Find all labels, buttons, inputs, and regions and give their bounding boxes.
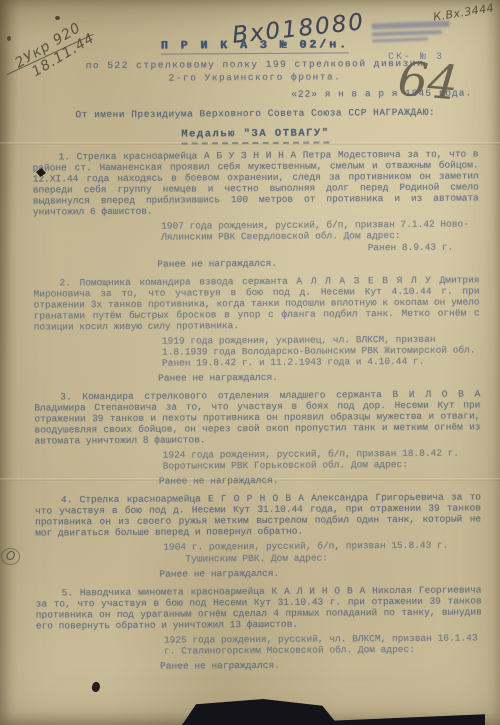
entry-prior-awards: Ранее не награждался. [158,370,480,383]
scanned-order-page: 2Укр 920 18.11.44 Вх018080 К.Вх.3444 СК-… [0,0,500,725]
order-front-line: 2-го Украинского фронта. [32,70,478,84]
entry-service-record: Тушинским РВК. Дом адрес: [185,551,481,564]
torn-edge-bottom-right [330,713,485,725]
award-entry: 5. Наводчика миномета красноармейца К А … [36,584,483,672]
order-date: «22» я н в а р я 1945 года. [32,87,472,101]
stamp-blurred-line [372,21,450,30]
award-entry: 2. Помощника командира взвода сержанта А… [33,274,480,384]
entry-citation: 2. Помощника командира взвода сержанта А… [33,274,479,332]
entry-prior-awards: Ранее не награждался. [159,566,481,579]
margin-mark-pencil: О [1,548,20,565]
order-preamble: От имени Президиума Верховного Совета Со… [32,106,478,120]
award-medal-text: Медалью "ЗА ОТВАГУ" [181,127,329,144]
entry-citation: 5. Наводчика миномета красноармейца К А … [36,584,482,631]
paper-hole [91,681,102,693]
stamp-blurred-line [372,30,442,36]
entry-service-record: 1919 года рождения, украинец, чл. ВЛКСМ,… [162,333,480,368]
entry-service-record: 1907 года рождения, русский, б/п, призва… [161,218,479,242]
order-title: П Р И К А З № 02/н. [32,38,478,52]
award-medal-line: Медалью "ЗА ОТВАГУ" [32,127,478,141]
award-entry: 4. Стрелка красноармейца Е Г О Р Н О В А… [35,491,482,580]
entry-prior-awards: Ранее не награждался. [159,473,481,486]
award-entry: 1. Стрелка красноармейца А Б У З Н И Н А… [33,148,480,270]
entry-service-record: Ранен 8.9.43 г. [33,242,453,256]
ink-speck [7,36,11,41]
entry-service-record: 1924 года рождения, русский, б/п, призва… [163,447,481,471]
award-entry: 3. Командира стрелкового отделения младш… [34,388,481,487]
award-entries: 1. Стрелка красноармейца А Б У З Н И Н А… [33,148,483,672]
typewritten-text: П Р И К А З № 02/н. по 522 стрелковому п… [32,38,482,679]
entry-citation: 4. Стрелка красноармейца Е Г О Р Н О В А… [35,491,481,538]
entry-service-record: 1904 г. рождения, русский, б/п, призван … [163,539,481,552]
entry-prior-awards: Ранее не награждался. [157,256,479,269]
ink-speck [55,16,60,20]
torn-edge-bottom-center [182,699,338,725]
order-title-text: П Р И К А З № 02/н. [161,38,349,54]
entry-prior-awards: Ранее не награждался. [160,658,482,671]
entry-citation: 1. Стрелка красноармейца А Б У З Н И Н А… [33,148,479,217]
entry-service-record: 1925 года рождения, русский, чл. ВЛКСМ, … [164,632,482,656]
entry-citation: 3. Командира стрелкового отделения младш… [34,388,480,446]
order-unit-line: по 522 стрелковому полку 199 стрелковой … [32,57,478,71]
